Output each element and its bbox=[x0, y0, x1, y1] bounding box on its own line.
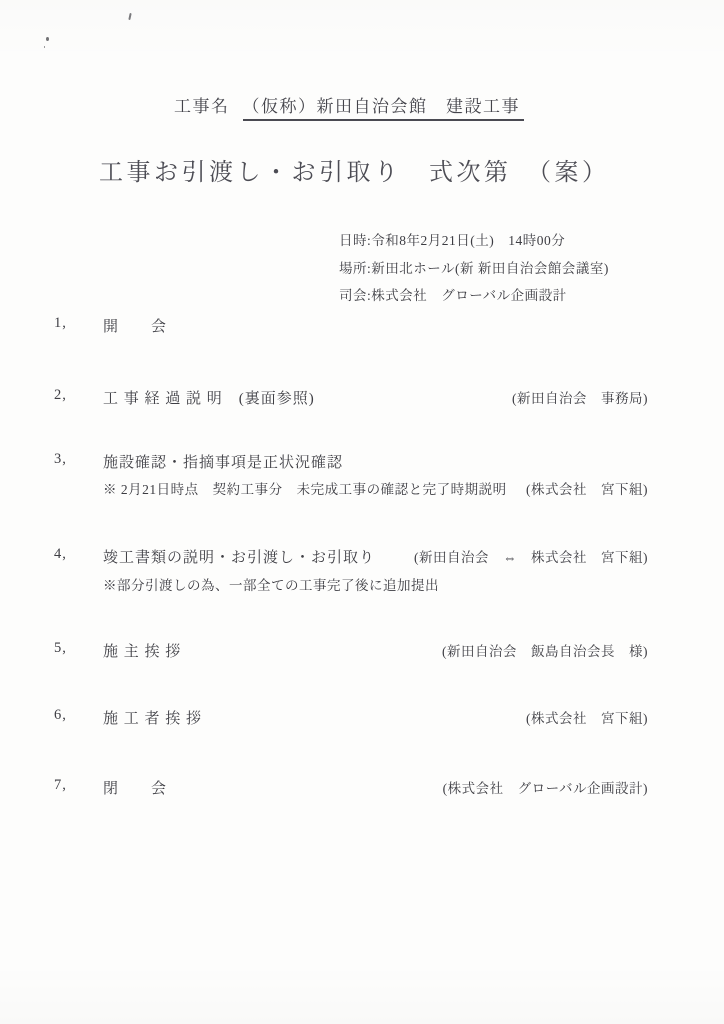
agenda-item-label: 竣工書類の説明・お引渡し・お引取り bbox=[103, 546, 375, 567]
meta-datetime: 日時:令和8年2月21日(土) 14時00分 bbox=[339, 227, 609, 255]
agenda-item-4: 4, 竣工書類の説明・お引渡し・お引取り (新田自治会 ⇔ 株式会社 宮下組) bbox=[0, 546, 724, 568]
agenda-item-attribution: (新田自治会 飯島自治会長 様) bbox=[442, 640, 648, 660]
agenda-item-3: 3, 施設確認・指摘事項是正状況確認 bbox=[0, 451, 724, 473]
agenda-item-label: 工 事 経 過 説 明 (裏面参照) bbox=[103, 387, 315, 408]
agenda-item-label: 施設確認・指摘事項是正状況確認 bbox=[103, 451, 343, 472]
project-name-underlined: （仮称）新田自治会館 建設工事 bbox=[243, 97, 525, 121]
agenda-item-note: ※部分引渡しの為、一部全ての工事完了後に追加提出 bbox=[103, 574, 439, 594]
agenda-item-6: 6, 施 工 者 挨 拶 (株式会社 宮下組) bbox=[0, 707, 724, 729]
project-name-label: 工事名 bbox=[174, 97, 230, 116]
agenda-item-number: 3, bbox=[54, 451, 67, 468]
agenda-item-label: 施 工 者 挨 拶 bbox=[103, 707, 202, 728]
agenda-item-number: 7, bbox=[54, 777, 67, 794]
agenda-item-label: 閉 会 bbox=[103, 777, 167, 798]
document-title: 工事お引渡し・お引取り 式次第 （案） bbox=[99, 152, 610, 187]
scanned-document-page: 工事名（仮称）新田自治会館 建設工事 工事お引渡し・お引取り 式次第 （案） 日… bbox=[0, 0, 724, 1024]
agenda-item-number: 6, bbox=[54, 707, 67, 724]
agenda-item-attribution: (株式会社 宮下組) bbox=[526, 707, 648, 727]
agenda-item-number: 2, bbox=[54, 387, 67, 404]
agenda-item-3-note: ※ 2月21日時点 契約工事分 未完成工事の確認と完了時期説明 (株式会社 宮下… bbox=[0, 478, 724, 500]
meta-moderator: 司会:株式会社 グローバル企画設計 bbox=[339, 282, 609, 310]
agenda-item-attribution: (株式会社 宮下組) bbox=[526, 478, 648, 498]
meta-location: 場所:新田北ホール(新 新田自治会館会議室) bbox=[339, 255, 609, 283]
agenda-item-label: 開 会 bbox=[103, 315, 167, 336]
agenda-item-attribution: (新田自治会 事務局) bbox=[512, 387, 648, 407]
agenda-item-number: 4, bbox=[54, 546, 67, 563]
agenda-item-attribution: (株式会社 グローバル企画設計) bbox=[443, 777, 648, 797]
agenda-item-5: 5, 施 主 挨 拶 (新田自治会 飯島自治会長 様) bbox=[0, 640, 724, 662]
scan-artifact-speck bbox=[46, 37, 49, 41]
agenda-item-7: 7, 閉 会 (株式会社 グローバル企画設計) bbox=[0, 777, 724, 799]
scan-artifact-speck bbox=[128, 13, 131, 20]
agenda-item-4-note: ※部分引渡しの為、一部全ての工事完了後に追加提出 bbox=[0, 574, 724, 596]
agenda-item-attribution: (新田自治会 ⇔ 株式会社 宮下組) bbox=[414, 546, 648, 566]
agenda-item-note: ※ 2月21日時点 契約工事分 未完成工事の確認と完了時期説明 bbox=[103, 478, 507, 498]
agenda-item-2: 2, 工 事 経 過 説 明 (裏面参照) (新田自治会 事務局) bbox=[0, 387, 724, 409]
project-name-line: 工事名（仮称）新田自治会館 建設工事 bbox=[174, 92, 524, 117]
agenda-item-label: 施 主 挨 拶 bbox=[103, 640, 181, 661]
agenda-item-1: 1, 開 会 bbox=[0, 315, 724, 337]
agenda-item-number: 5, bbox=[54, 640, 67, 657]
agenda-item-number: 1, bbox=[54, 315, 67, 332]
meta-block: 日時:令和8年2月21日(土) 14時00分 場所:新田北ホール(新 新田自治会… bbox=[339, 227, 609, 310]
